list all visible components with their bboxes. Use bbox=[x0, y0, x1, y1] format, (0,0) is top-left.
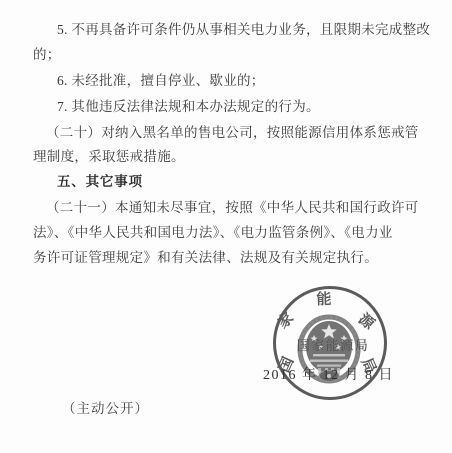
document-page: 5. 不再具备许可条件仍从事相关电力业务，且限期未完成整改 的； 6. 未经批准… bbox=[0, 0, 452, 453]
body-line: 6. 未经批准，擅自停业、歇业的； bbox=[57, 73, 265, 89]
body-line: 的； bbox=[33, 47, 61, 63]
section-heading: 五、其它事项 bbox=[57, 174, 143, 190]
seal-arc-char: 能 bbox=[316, 292, 333, 309]
proactive-disclosure-note: （主动公开） bbox=[62, 397, 149, 417]
body-line: 法》、《中华人民共和国电力法》、《电力监管条例》、《电力业 bbox=[33, 225, 393, 241]
body-line: 理制度，采取惩戒措施。 bbox=[33, 149, 185, 165]
body-line: 务许可证管理规定》和有关法律、法规及有关规定执行。 bbox=[33, 250, 378, 266]
body-line: （二十一）本通知未尽事宜，按照《中华人民共和国行政许可 bbox=[46, 200, 419, 216]
seal-arc-char: 家 bbox=[275, 310, 298, 333]
body-line: 7. 其他违反法律法规和本办法规定的行为。 bbox=[57, 99, 320, 115]
seal-center-text: 国家能源局 bbox=[289, 335, 377, 354]
body-line: （二十）对纳入黑名单的售电公司，按照能源信用体系惩戒管 bbox=[46, 125, 419, 141]
seal-date: 2016 年 12 月 8 日 bbox=[263, 364, 394, 384]
body-line: 5. 不再具备许可条件仍从事相关电力业务，且限期未完成整改 bbox=[57, 22, 430, 38]
